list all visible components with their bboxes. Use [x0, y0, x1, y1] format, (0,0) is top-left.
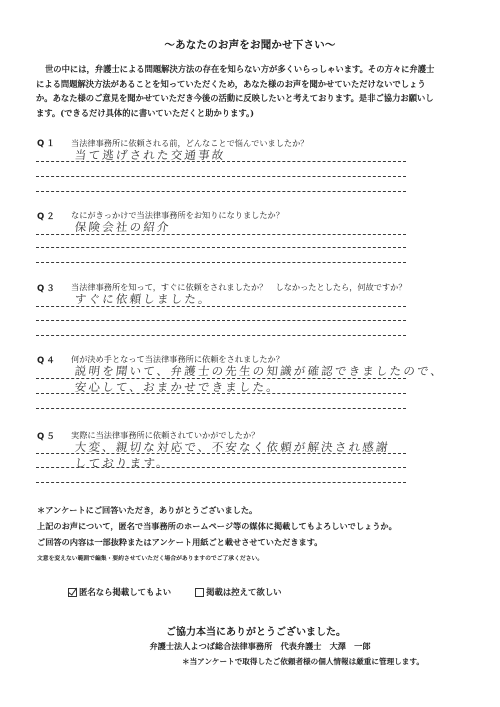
question-label-q2: Q２ — [37, 210, 57, 222]
answer-line — [36, 453, 406, 454]
option-anonymous-ok[interactable]: 匿名なら掲載してもよい — [68, 586, 171, 598]
intro-line: 世の中には，弁護士による問題解決方法の存在を知らない方が多くいらっしゃいます。そ… — [36, 62, 466, 77]
edit-note: 文意を変えない範囲で編集・要約させていただく場合がありますのでご了承ください。 — [37, 553, 263, 562]
answer-line — [36, 306, 406, 307]
question-label-q3: Q３ — [37, 282, 57, 294]
question-label-q1: Q１ — [37, 137, 57, 149]
firm-signature: 弁護士法人よつば総合法律事務所 代表弁護士 大澤 一郎 — [0, 641, 500, 652]
answer-line — [36, 467, 406, 468]
answer-line — [36, 408, 406, 409]
handwritten-answer-q3-line1: すぐに依頼しました。 — [74, 291, 213, 307]
closing-thanks: ご協力本当にありがとうございました。 — [0, 623, 500, 638]
option-label: 匿名なら掲載してもよい — [79, 586, 171, 598]
option-label: 掲載は控えて欲しい — [206, 586, 281, 598]
answer-line — [36, 191, 406, 192]
answer-line — [36, 482, 406, 483]
answer-line — [36, 234, 406, 235]
answer-line — [36, 176, 406, 177]
intro-paragraph: 世の中には，弁護士による問題解決方法の存在を知らない方が多くいらっしゃいます。そ… — [36, 62, 466, 120]
checkbox-unchecked-icon[interactable] — [195, 588, 204, 597]
answer-line — [36, 393, 406, 394]
handwritten-answer-q5-line2: しております。 — [74, 455, 171, 471]
publish-consent-options: 匿名なら掲載してもよい 掲載は控えて欲しい — [68, 586, 282, 598]
answer-line — [36, 262, 406, 263]
page-title: ～あなたのお声をお聞かせ下さい～ — [0, 37, 500, 52]
intro-line: ます。(できるだけ具体的に書いていただくと助かります。) — [36, 106, 466, 121]
intro-line: か。あなた様のご意見を聞かせていただき今後の活動に反映したいと考えております。是… — [36, 91, 466, 106]
thanks-note: ＊アンケートにご回答いただき，ありがとうございました。 — [37, 505, 257, 516]
intro-line: による問題解決方法があることを知っていただくため，あなた様のお声を聞かせていただ… — [36, 77, 466, 92]
handwritten-answer-q2-line1: 保険会社の紹介 — [74, 219, 172, 235]
checkbox-checked-icon[interactable] — [68, 588, 77, 597]
option-decline-publish[interactable]: 掲載は控えて欲しい — [195, 586, 281, 598]
answer-line — [36, 335, 406, 336]
question-label-q4: Q４ — [37, 354, 57, 366]
publish-note: ご回答の内容は一部抜粋またはアンケート用紙ごと載せさせていただきます。 — [37, 537, 322, 548]
answer-line — [36, 161, 406, 162]
handwritten-answer-q4-line1: 説明を聞いて、弁護士の先生の知識が確認できましたので、 — [74, 363, 445, 379]
answer-line — [36, 247, 406, 248]
publish-question: 上記のお声について，匿名で当事務所のホームページ等の媒体に掲載してもよろしいでし… — [37, 521, 397, 532]
privacy-note: ＊当アンケートで取得したご依頼者様の個人情報は厳重に管理します。 — [182, 656, 424, 667]
question-label-q5: Q５ — [37, 430, 57, 442]
answer-line — [36, 320, 406, 321]
